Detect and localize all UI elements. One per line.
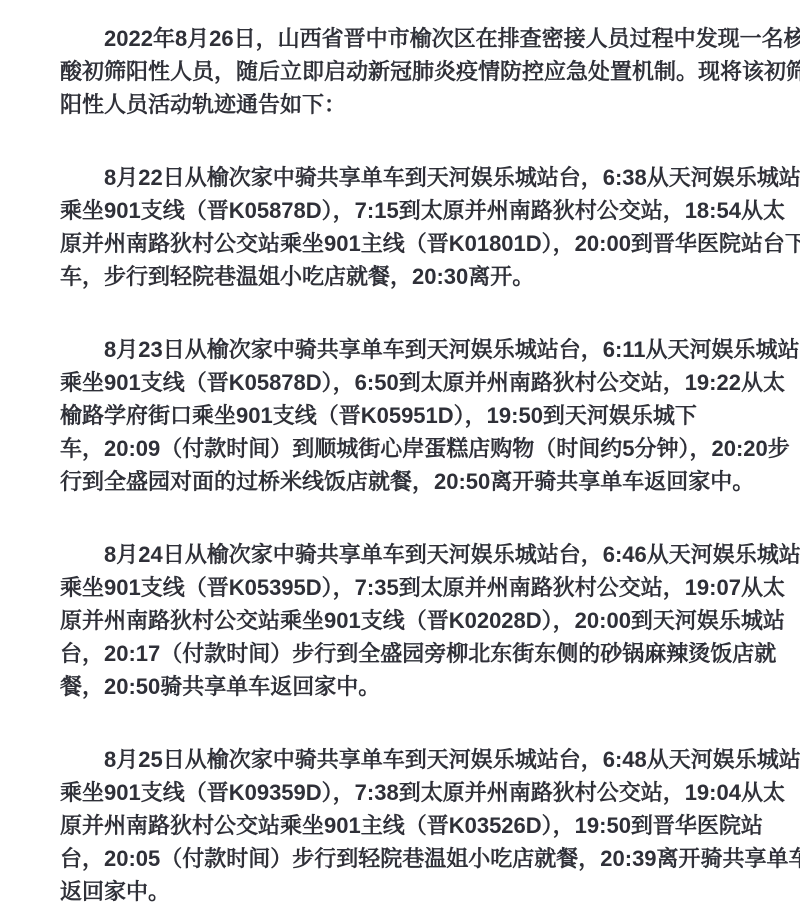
text-line: 8月24日从榆次家中骑共享单车到天河娱乐城站台，6:46从天河娱乐城站台 xyxy=(60,538,772,571)
text-line: 8月25日从榆次家中骑共享单车到天河娱乐城站台，6:48从天河娱乐城站台 xyxy=(60,743,772,776)
text-line: 餐，20:50骑共享单车返回家中。 xyxy=(60,670,772,703)
text-line: 行到全盛园对面的过桥米线饭店就餐，20:50离开骑共享单车返回家中。 xyxy=(60,465,772,498)
text-line: 乘坐901支线（晋K05395D），7:35到太原并州南路狄村公交站，19:07… xyxy=(60,571,772,604)
text-line: 乘坐901支线（晋K09359D），7:38到太原并州南路狄村公交站，19:04… xyxy=(60,776,772,809)
trajectory-aug-24: 8月24日从榆次家中骑共享单车到天河娱乐城站台，6:46从天河娱乐城站台 乘坐9… xyxy=(60,538,772,703)
text-line: 台，20:17（付款时间）步行到全盛园旁柳北东街东侧的砂锅麻辣烫饭店就 xyxy=(60,637,772,670)
text-line: 返回家中。 xyxy=(60,875,772,908)
text-line: 阳性人员活动轨迹通告如下： xyxy=(60,88,772,121)
intro-paragraph: 2022年8月26日，山西省晋中市榆次区在排查密接人员过程中发现一名核 酸初筛阳… xyxy=(60,22,772,121)
text-line: 原并州南路狄村公交站乘坐901主线（晋K03526D），19:50到晋华医院站 xyxy=(60,809,772,842)
text-line: 2022年8月26日，山西省晋中市榆次区在排查密接人员过程中发现一名核 xyxy=(60,22,772,55)
text-line: 车，步行到轻院巷温姐小吃店就餐，20:30离开。 xyxy=(60,260,772,293)
text-line: 原并州南路狄村公交站乘坐901主线（晋K01801D），20:00到晋华医院站台… xyxy=(60,227,772,260)
trajectory-aug-22: 8月22日从榆次家中骑共享单车到天河娱乐城站台，6:38从天河娱乐城站台 乘坐9… xyxy=(60,161,772,293)
text-line: 8月22日从榆次家中骑共享单车到天河娱乐城站台，6:38从天河娱乐城站台 xyxy=(60,161,772,194)
text-line: 车，20:09（付款时间）到顺城街心岸蛋糕店购物（时间约5分钟），20:20步 xyxy=(60,432,772,465)
text-line: 原并州南路狄村公交站乘坐901支线（晋K02028D），20:00到天河娱乐城站 xyxy=(60,604,772,637)
text-line: 8月23日从榆次家中骑共享单车到天河娱乐城站台，6:11从天河娱乐城站台 xyxy=(60,333,772,366)
text-line: 台，20:05（付款时间）步行到轻院巷温姐小吃店就餐，20:39离开骑共享单车 xyxy=(60,842,772,875)
text-line: 乘坐901支线（晋K05878D），6:50到太原并州南路狄村公交站，19:22… xyxy=(60,366,772,399)
notice-document: 2022年8月26日，山西省晋中市榆次区在排查密接人员过程中发现一名核 酸初筛阳… xyxy=(0,0,800,908)
text-line: 酸初筛阳性人员，随后立即启动新冠肺炎疫情防控应急处置机制。现将该初筛 xyxy=(60,55,772,88)
text-line: 榆路学府街口乘坐901支线（晋K05951D），19:50到天河娱乐城下 xyxy=(60,399,772,432)
text-line: 乘坐901支线（晋K05878D），7:15到太原并州南路狄村公交站，18:54… xyxy=(60,194,772,227)
trajectory-aug-23: 8月23日从榆次家中骑共享单车到天河娱乐城站台，6:11从天河娱乐城站台 乘坐9… xyxy=(60,333,772,498)
trajectory-aug-25: 8月25日从榆次家中骑共享单车到天河娱乐城站台，6:48从天河娱乐城站台 乘坐9… xyxy=(60,743,772,908)
